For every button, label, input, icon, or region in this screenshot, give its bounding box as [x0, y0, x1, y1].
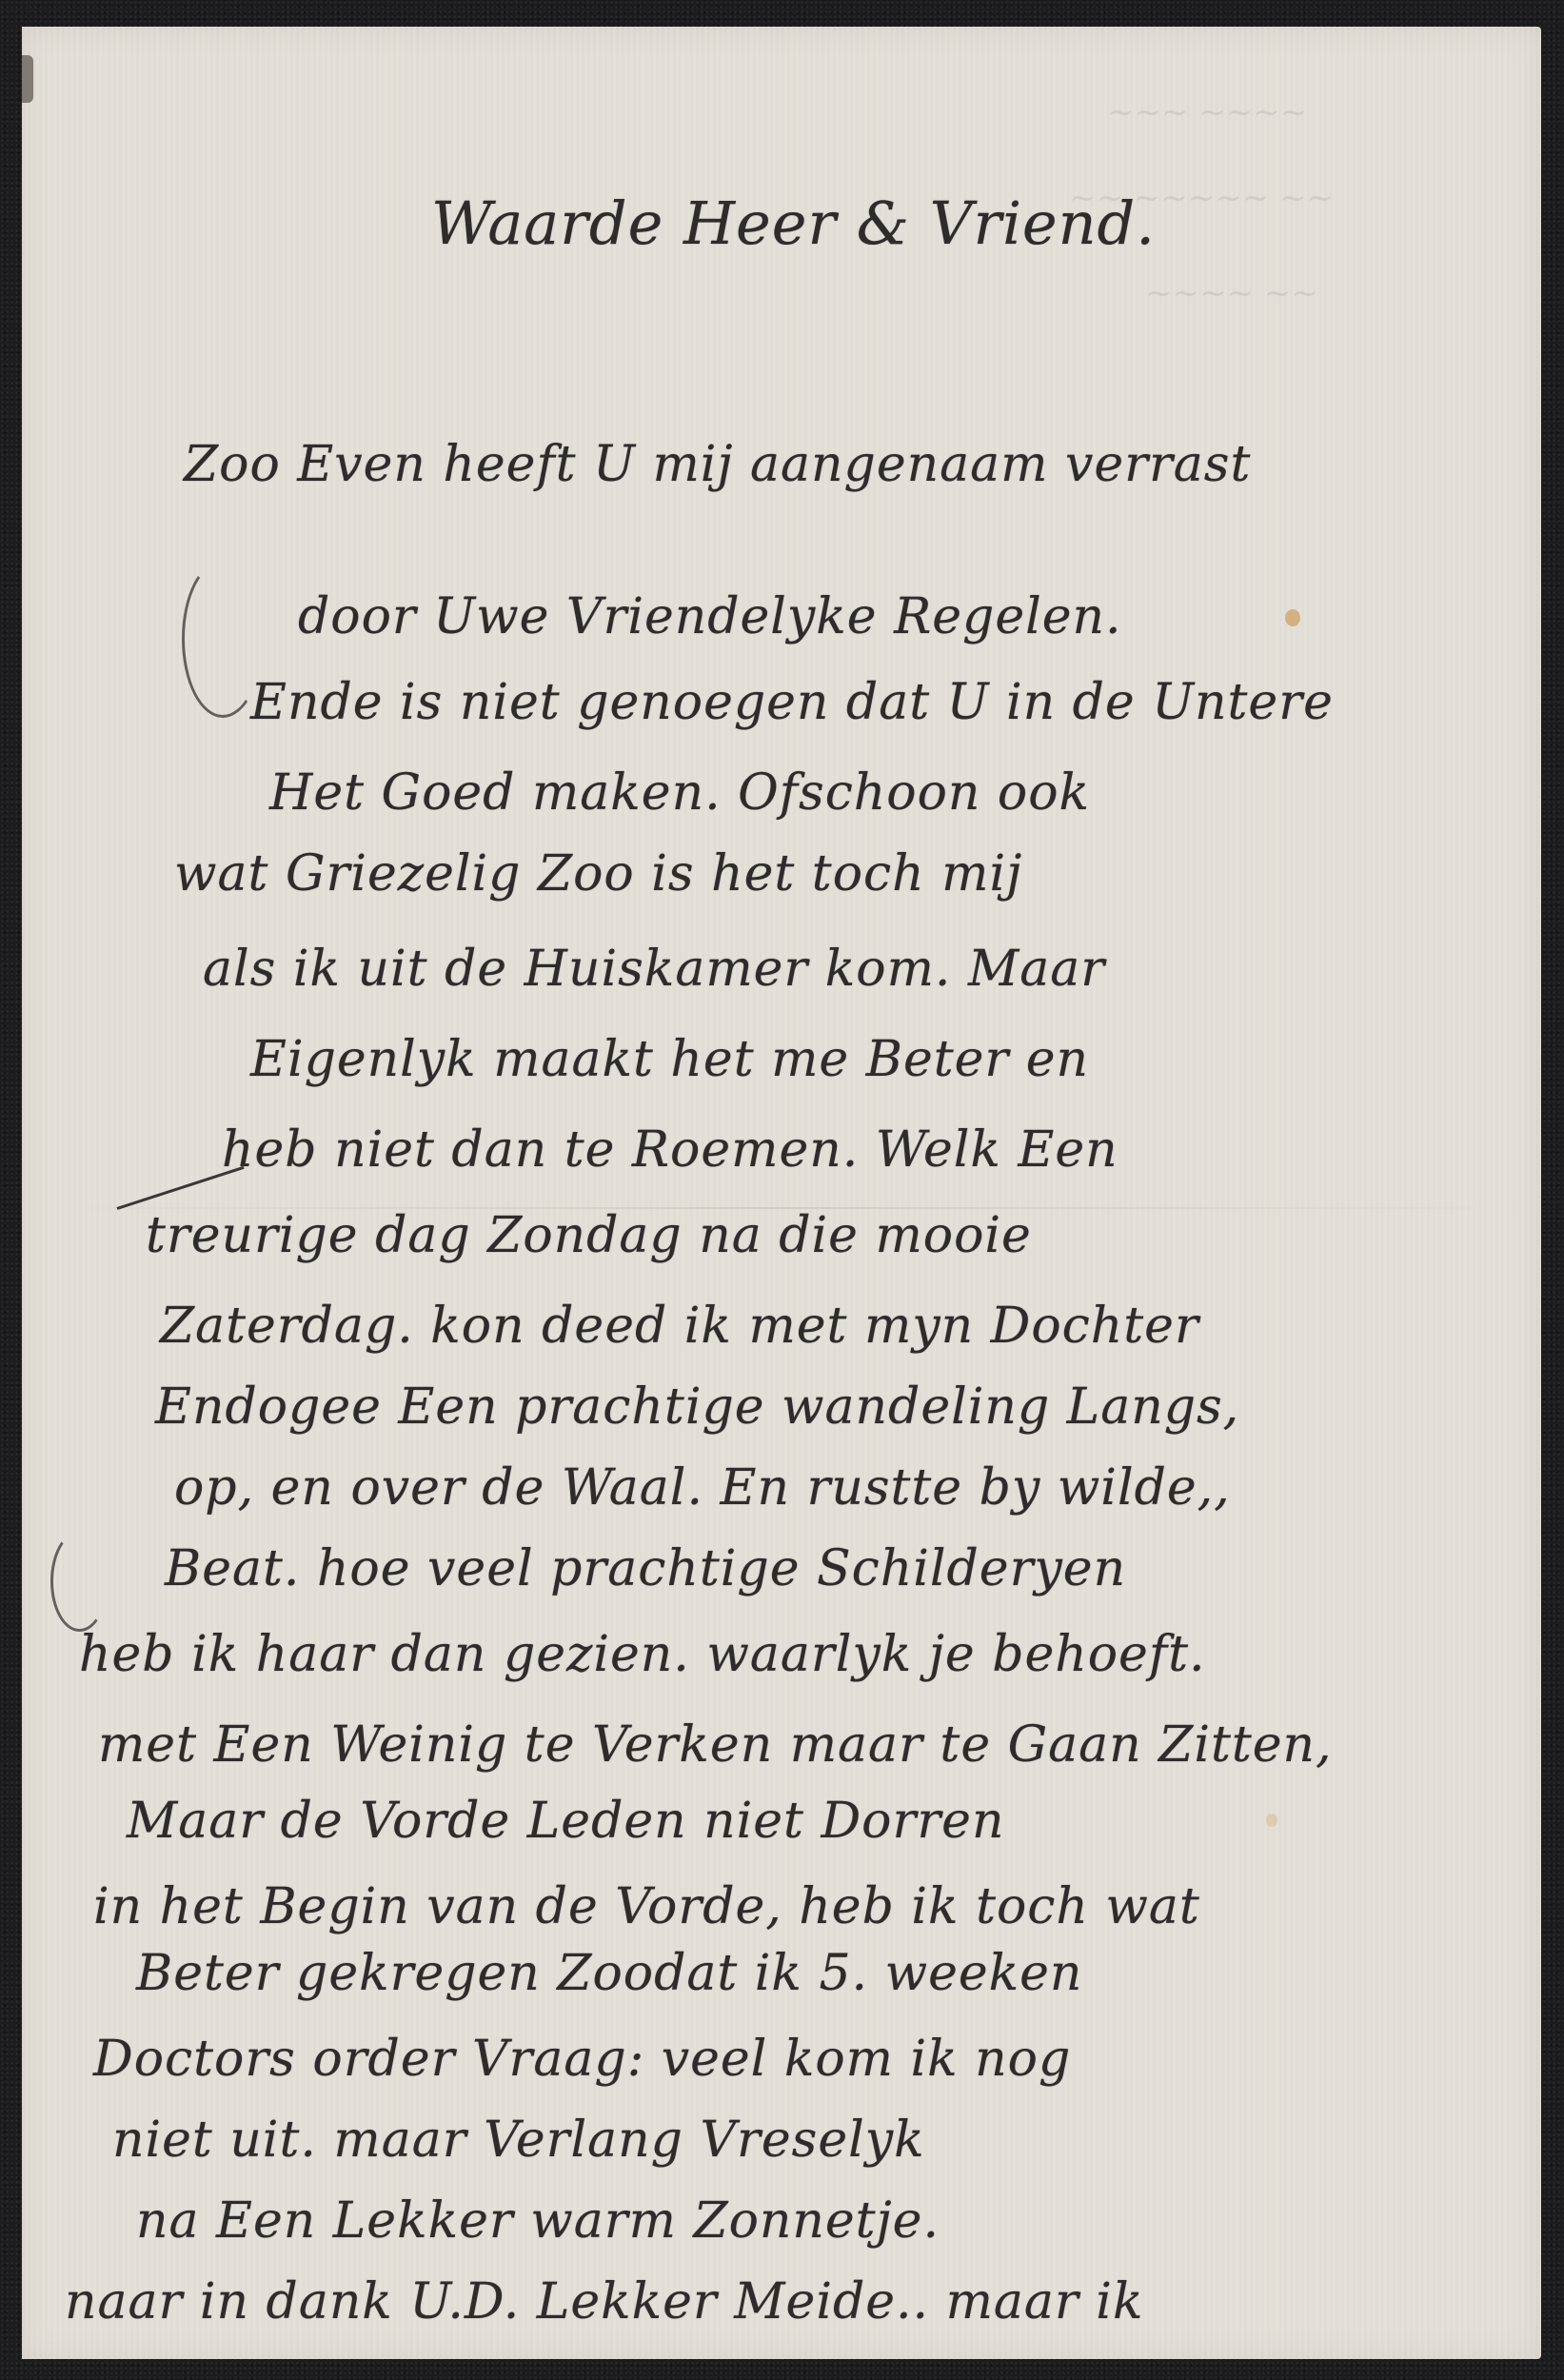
letter-line: Zaterdag. kon deed ik met myn Dochter [160, 1298, 1199, 1355]
letter-line: Endogee Een prachtige wandeling Langs, [155, 1378, 1239, 1436]
letter-line: wat Griezelig Zoo is het toch mij [174, 845, 1022, 902]
letter-line: met Een Weinig te Verken maar te Gaan Zi… [98, 1716, 1333, 1774]
salutation: Waarde Heer & Vriend. [431, 188, 1156, 258]
letter-line: op, en over de Waal. En rustte by wilde,… [174, 1459, 1231, 1517]
bleed-through-text: ~~~ ~~~~ [1107, 93, 1307, 131]
letter-line: Zoo Even heeft U mij aangenaam verrast [184, 436, 1251, 493]
bleed-through-text: ~~~~ ~~ [1145, 274, 1318, 312]
letter-line: treurige dag Zondag na die mooie [146, 1207, 1032, 1264]
letter-line: Beter gekregen Zoodat ik 5. weeken [136, 1945, 1082, 2002]
letter-line: Doctors order Vraag: veel kom ik nog [93, 2031, 1071, 2088]
letter-line: als ik uit de Huiskamer kom. Maar [203, 941, 1105, 998]
pen-stroke [117, 1166, 245, 1210]
letter-line: na Een Lekker warm Zonnetje. [136, 2192, 940, 2250]
edge-tab-mark [22, 55, 33, 103]
letter-line: niet uit. maar Verlang Vreselyk [112, 2112, 925, 2169]
letter-line: Beat. hoe veel prachtige Schilderyen [165, 1540, 1126, 1597]
initial-flourish [182, 560, 264, 718]
stain-mark [1285, 609, 1300, 626]
letter-line: door Uwe Vriendelyke Regelen. [298, 588, 1122, 645]
letter-line: Eigenlyk maakt het me Beter en [250, 1031, 1089, 1088]
letter-line: heb niet dan te Roemen. Welk Een [222, 1121, 1119, 1179]
letter-line: Maar de Vorde Leden niet Dorren [127, 1793, 1004, 1850]
initial-flourish [50, 1531, 109, 1632]
stain-mark [1266, 1814, 1277, 1827]
letter-line: heb ik haar dan gezien. waarlyk je behoe… [79, 1626, 1206, 1683]
letter-line: Het Goed maken. Ofschoon ook [269, 764, 1090, 822]
letter-line: naar in dank U.D. Lekker Meide.. maar ik [65, 2273, 1143, 2330]
letter-line: in het Begin van de Vorde, heb ik toch w… [93, 1878, 1200, 1935]
letter-line: Ende is niet genoegen dat U in de Untere [250, 674, 1334, 731]
letter-page: ~~~ ~~~~ ~~ ~~~~~ ~~ ~~~~ ~~ Waarde Heer… [22, 27, 1541, 2359]
